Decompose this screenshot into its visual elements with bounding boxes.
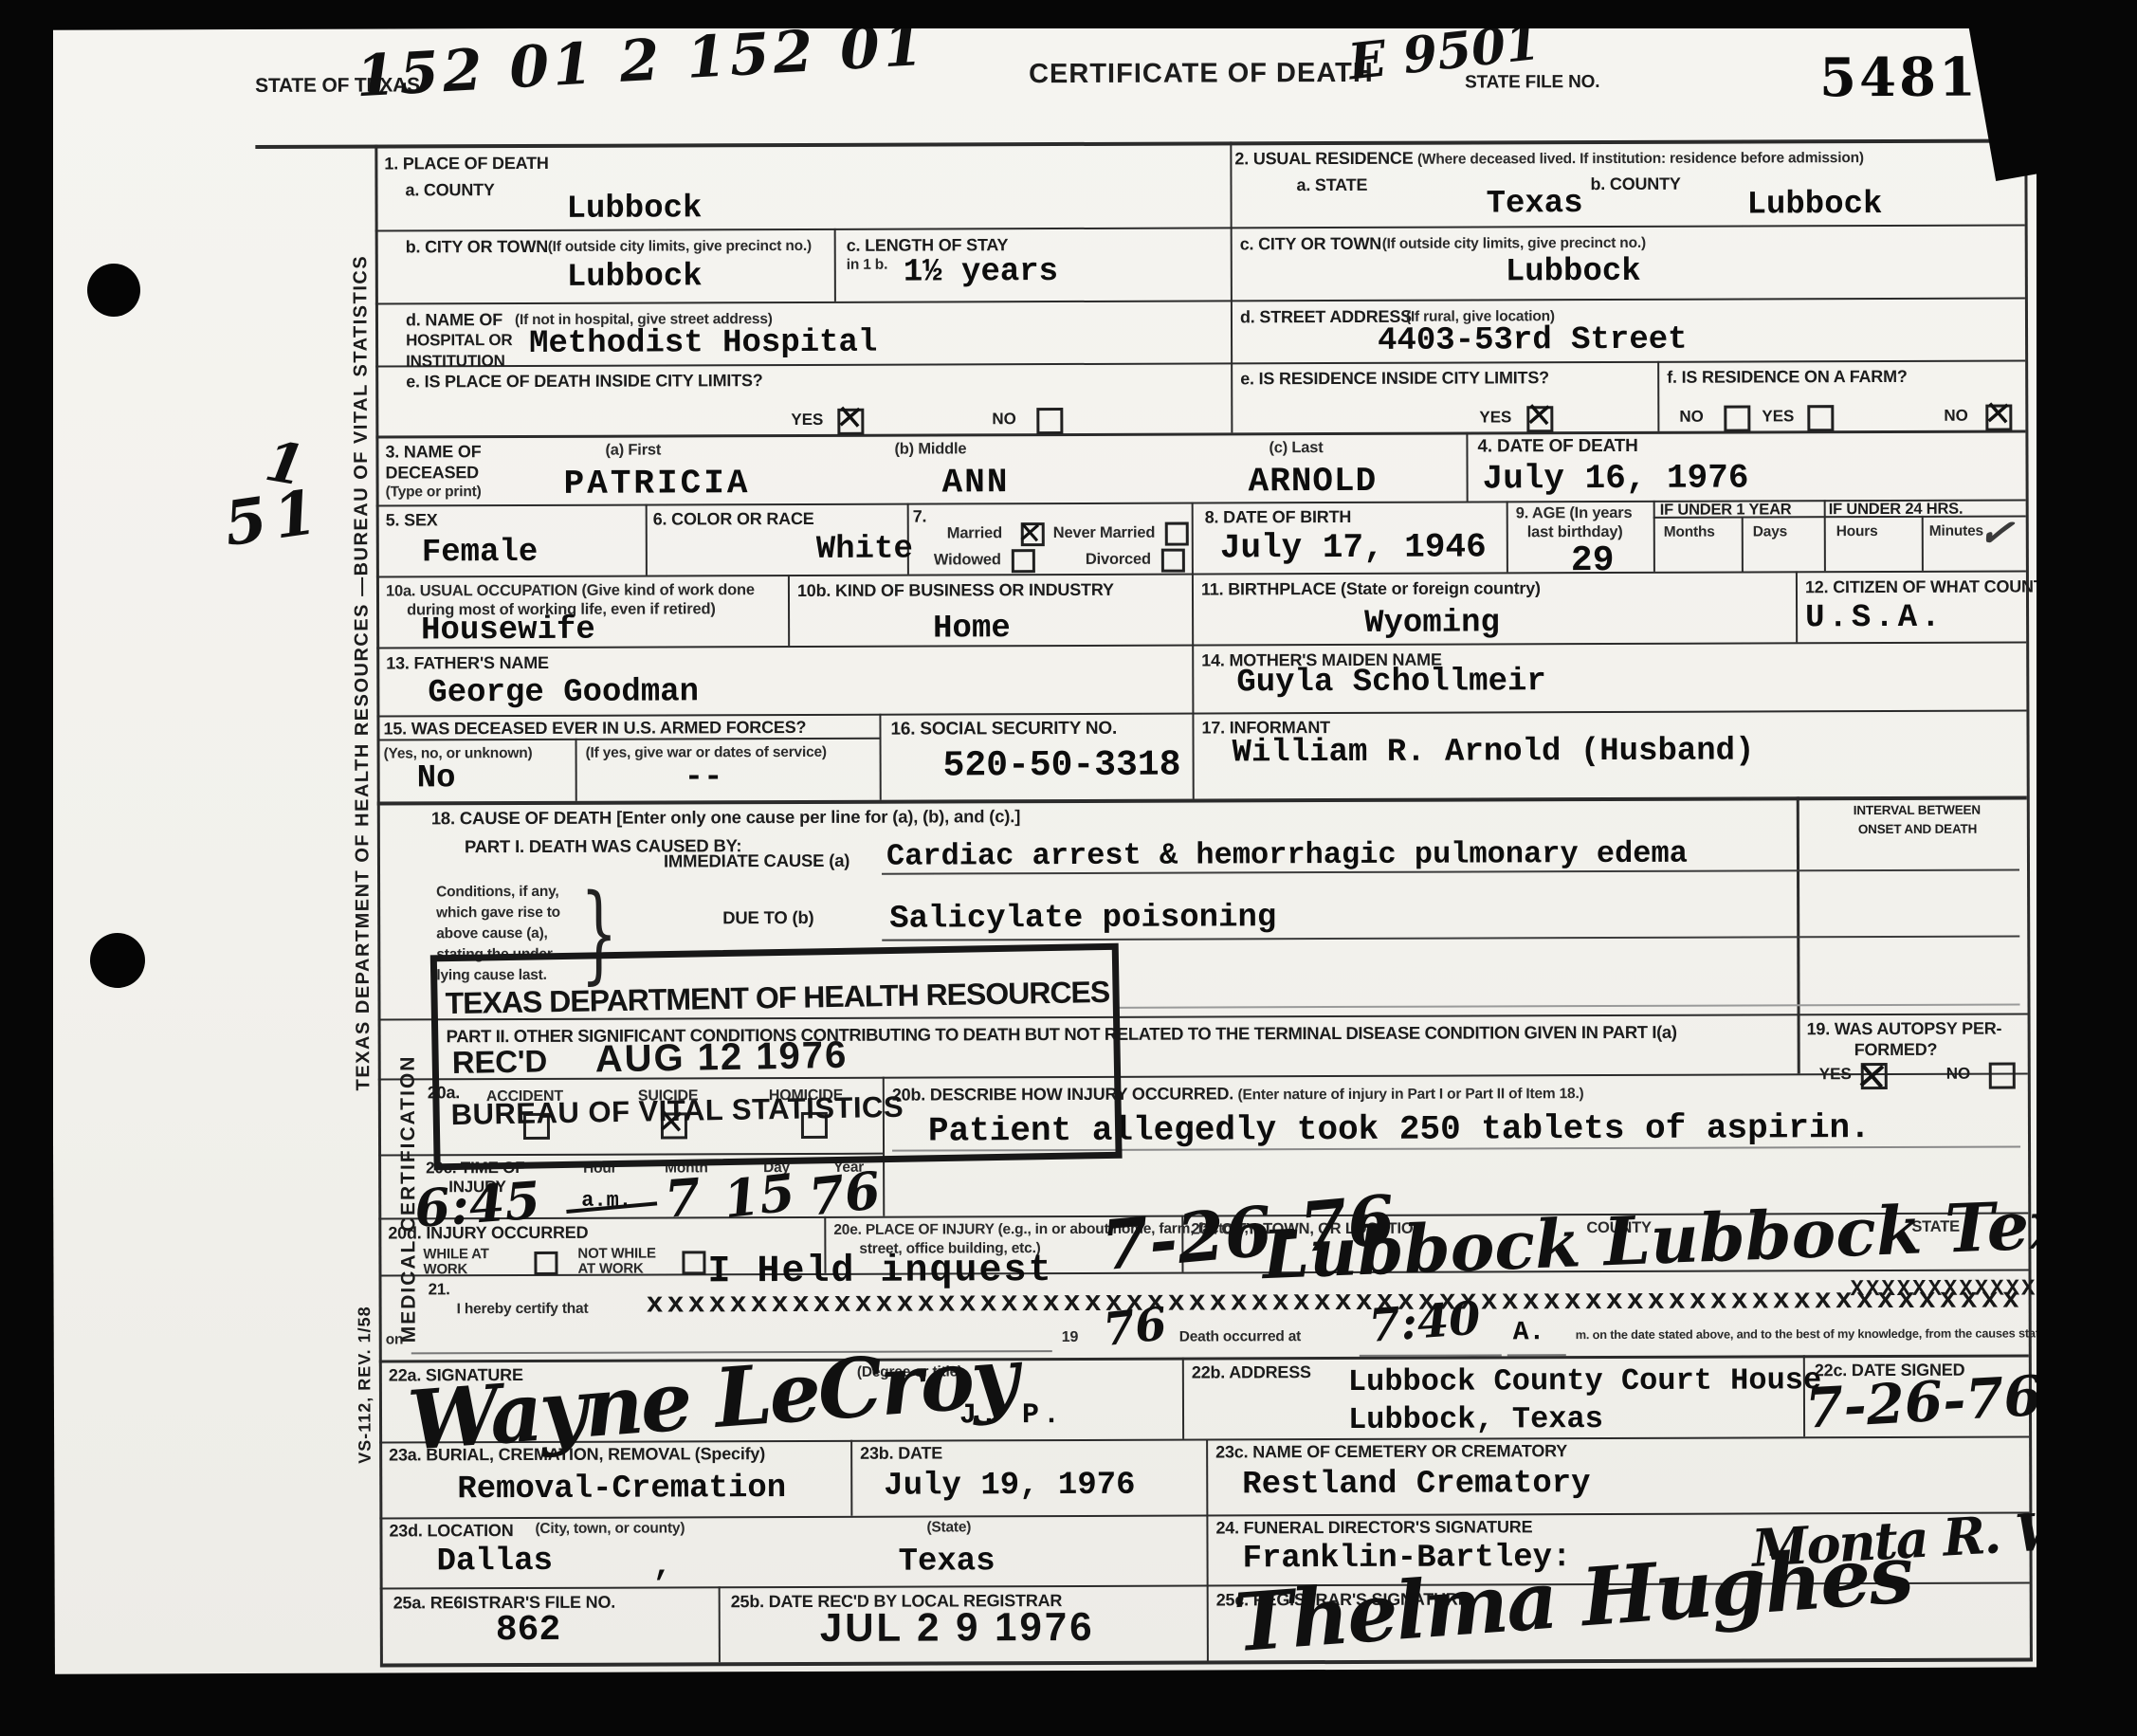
grid-line: [575, 739, 577, 801]
field-19-yes-label: YES: [1819, 1065, 1852, 1084]
field-2e-no-label: NO: [1679, 408, 1704, 427]
grid-line: [879, 714, 881, 800]
field-21-number: 21.: [429, 1280, 450, 1299]
field-2f-no-label: NO: [1944, 407, 1968, 426]
field-3-title3: (Type or print): [386, 484, 482, 501]
field-1e-yes-label: YES: [791, 411, 823, 429]
field-18-label: 18. CAUSE OF DEATH [Enter only one cause…: [431, 806, 1020, 829]
scan-edge-shadow: [0, 0, 2137, 28]
field-20c-day-value: 15: [721, 1161, 798, 1230]
field-5-label: 5. SEX: [386, 510, 438, 530]
field-25a-value: 862: [496, 1610, 561, 1651]
field-10a-label1: 10a. USUAL OCCUPATION (Give kind of work…: [386, 581, 755, 600]
field-9-under24-label: IF UNDER 24 HRS.: [1829, 501, 1963, 519]
field-9-minutes-label: Minutes: [1929, 523, 1983, 540]
interval-label1: INTERVAL BETWEEN: [1854, 803, 1981, 817]
field-2c-paren: (If outside city limits, give precinct n…: [1382, 235, 1646, 253]
field-23d-value: Dallas: [436, 1544, 553, 1580]
field-23c-value: Restland Crematory: [1242, 1466, 1590, 1503]
field-13-value: George Goodman: [428, 674, 699, 711]
field-2b-value: Lubbock: [1746, 187, 1882, 223]
field-1c-label: c. LENGTH OF STAY: [847, 235, 1009, 256]
field-2d-value: 4403-53rd Street: [1378, 322, 1688, 359]
field-18-immediate-label: IMMEDIATE CAUSE (a): [664, 850, 849, 872]
field-19-yes-xmark: ✕: [1854, 1052, 1890, 1101]
field-7-divorced-label: Divorced: [1086, 551, 1151, 569]
field-19-label1: 19. WAS AUTOPSY PER-: [1807, 1019, 2002, 1040]
field-15-label: 15. WAS DECEASED EVER IN U.S. ARMED FORC…: [383, 718, 806, 740]
grid-line: [1507, 501, 1508, 572]
field-17-value: William R. Arnold (Husband): [1233, 733, 1755, 771]
field-18-cond1: Conditions, if any,: [436, 884, 558, 901]
field-1b-paren: (If outside city limits, give precinct n…: [548, 238, 812, 256]
field-10b-value: Home: [933, 611, 1011, 647]
field-20d-notwhile-checkbox[interactable]: [682, 1251, 705, 1274]
field-25b-date-stamp: JUL 2 9 1976: [820, 1604, 1095, 1651]
field-2a-value: Texas: [1486, 186, 1582, 222]
field-22b-value2: Lubbock, Texas: [1348, 1401, 1603, 1437]
field-9-months-label: Months: [1664, 524, 1715, 541]
field-1a-value: Lubbock: [567, 191, 703, 227]
field-13-label: 13. FATHER'S NAME: [386, 653, 549, 674]
field-16-value: 520-50-3318: [943, 745, 1181, 787]
grid-line: [1657, 361, 1659, 431]
field-9-days-label: Days: [1753, 523, 1787, 540]
hole-punch: [87, 264, 140, 317]
field-2-title: 2. USUAL RESIDENCE: [1234, 149, 1413, 169]
field-20d-notwhile-label1: NOT WHILE: [577, 1246, 655, 1262]
scan-edge-shadow: [0, 0, 53, 1736]
scan-edge-shadow: [2037, 0, 2137, 1736]
field-7-married-label: Married: [947, 524, 1002, 542]
field-3-title2: DECEASED: [386, 463, 479, 483]
field-2a-label: a. STATE: [1296, 175, 1367, 195]
field-8-label: 8. DATE OF BIRTH: [1205, 507, 1352, 528]
field-7-widowed-label: Widowed: [934, 551, 1001, 569]
field-1d-value: Methodist Hospital: [529, 325, 877, 362]
field-2f-no-xmark: ✕: [1982, 394, 2014, 435]
field-6-value: White: [816, 532, 913, 568]
field-1b-value: Lubbock: [567, 259, 703, 295]
field-21-time-handwritten: 7:40: [1367, 1291, 1483, 1352]
field-15-sub1: (Yes, no, or unknown): [384, 745, 533, 763]
field-23d-paren: (City, town, or county): [535, 1520, 685, 1538]
field-3-last-label: (c) Last: [1269, 439, 1323, 457]
field-19-no-label: NO: [1946, 1065, 1971, 1084]
field-9-value: 29: [1571, 540, 1615, 581]
certificate-title: CERTIFICATE OF DEATH: [1029, 58, 1374, 90]
field-22c-date-handwritten: 7-26-76: [1803, 1363, 2043, 1441]
field-7-never-married-label: Never Married: [1053, 524, 1156, 542]
grid-line: [646, 504, 648, 576]
field-1e-label: e. IS PLACE OF DEATH INSIDE CITY LIMITS?: [406, 371, 762, 392]
field-9-hours-label: Hours: [1836, 523, 1878, 540]
field-3-middle-label: (b) Middle: [894, 440, 966, 458]
field-2e-label: e. IS RESIDENCE INSIDE CITY LIMITS?: [1240, 368, 1549, 389]
field-20d-while-label2: WORK: [423, 1261, 467, 1277]
field-2b-label: b. COUNTY: [1590, 174, 1680, 194]
field-2e-yes-label: YES: [1479, 408, 1511, 427]
field-18-dueb-label: DUE TO (b): [722, 907, 813, 928]
grid-line: [1922, 516, 1924, 571]
interval-label2: ONSET AND DEATH: [1858, 822, 1977, 836]
grid-line: [1742, 517, 1744, 572]
field-21-year-handwritten: 76: [1101, 1297, 1169, 1357]
field-20c-year-value: 76: [806, 1160, 884, 1228]
field-21-certify-label: I hereby certify that: [457, 1301, 589, 1318]
field-21-19-label: 19: [1062, 1329, 1078, 1346]
field-16-label: 16. SOCIAL SECURITY NO.: [890, 719, 1117, 740]
field-8-value: July 17, 1946: [1220, 527, 1487, 567]
field-18-dueb-value: Salicylate poisoning: [889, 900, 1276, 937]
field-22b-label: 22b. ADDRESS: [1192, 1362, 1311, 1382]
field-24-label: 24. FUNERAL DIRECTOR'S SIGNATURE: [1215, 1517, 1532, 1538]
field-15-value1: No: [417, 760, 456, 796]
field-1a-label: a. COUNTY: [405, 180, 494, 200]
field-19-no-checkbox[interactable]: [1989, 1063, 2016, 1089]
field-1-title: 1. PLACE OF DEATH: [384, 154, 548, 174]
field-2c-value: Lubbock: [1506, 254, 1641, 290]
grid-line: [1192, 503, 1194, 574]
field-11-label: 11. BIRTHPLACE (State or foreign country…: [1201, 578, 1541, 599]
field-20b-paren: (Enter nature of injury in Part I or Par…: [1238, 1086, 1584, 1103]
field-20c-time-value: 6:45: [412, 1169, 542, 1239]
field-15-value2: --: [685, 759, 723, 795]
field-2c-label: c. CITY OR TOWN: [1240, 234, 1381, 255]
field-23d-comma: ,: [653, 1548, 673, 1584]
document-scan: STATE OF TEXAS 152 01 2 152 01 CERTIFICA…: [0, 0, 2137, 1736]
grid-line: [788, 575, 790, 646]
field-7-widowed-checkbox[interactable]: [1012, 549, 1035, 573]
stamp-line1: TEXAS DEPARTMENT OF HEALTH RESOURCES: [445, 975, 1109, 1021]
scanned-death-certificate: STATE OF TEXAS 152 01 2 152 01 CERTIFICA…: [0, 0, 2137, 1736]
field-20d-notwhile-label2: AT WORK: [577, 1261, 643, 1277]
field-3-middle-value: ANN: [942, 463, 1010, 502]
field-9-label1: 9. AGE (In years: [1516, 504, 1633, 522]
stamp-date: AUG 12 1976: [594, 1034, 848, 1082]
field-22a-degree-value: J. P.: [959, 1399, 1064, 1432]
field-22b-value1: Lubbock County Court House: [1348, 1362, 1821, 1399]
field-14-value: Guyla Schollmeir: [1236, 664, 1546, 701]
field-23d-state-label: (State): [926, 1519, 971, 1536]
margin-handwritten-51: 51: [220, 476, 329, 560]
field-1d-label3: INSTITUTION: [406, 352, 505, 371]
stamp-recd-label: REC'D: [451, 1043, 547, 1081]
field-18-cond2: which gave rise to: [436, 905, 560, 922]
field-7-never-married-checkbox[interactable]: [1165, 522, 1189, 546]
grid-line: [1466, 432, 1468, 502]
field-1e-no-checkbox[interactable]: [1036, 408, 1063, 434]
grid-line: [1796, 571, 1798, 642]
strikeout-x-row2: XXXXXXXXXXXXXX: [1851, 1276, 2069, 1303]
margin-form-number-vertical-label: VS-112, REV. 1/58: [355, 1306, 375, 1464]
grid-line: [1182, 1358, 1184, 1439]
field-20e-typed-value: I Held inquest: [707, 1250, 1052, 1293]
field-7-divorced-checkbox[interactable]: [1161, 549, 1185, 573]
field-20d-while-label1: WHILE AT: [423, 1246, 488, 1262]
field-1e-no-label: NO: [992, 410, 1016, 429]
field-1d-label: d. NAME OF: [406, 310, 502, 330]
field-1e-yes-xmark: ✕: [834, 398, 866, 439]
scan-edge-shadow: [0, 1674, 2137, 1736]
field-10a-value: Housewife: [421, 612, 595, 649]
field-2-paren: (Where deceased lived. If institution: r…: [1417, 150, 1864, 168]
field-4-label: 4. DATE OF DEATH: [1477, 436, 1637, 458]
field-3-first-value: PATRICIA: [564, 464, 751, 503]
grid-line: [1824, 500, 1826, 571]
grid-line: [850, 1440, 852, 1516]
hole-punch: [90, 933, 145, 988]
field-23b-label: 23b. DATE: [860, 1443, 942, 1463]
field-9-under1yr-label: IF UNDER 1 YEAR: [1660, 501, 1792, 519]
field-10b-label: 10b. KIND OF BUSINESS OR INDUSTRY: [797, 580, 1114, 601]
field-23c-label: 23c. NAME OF CEMETERY OR CREMATORY: [1215, 1441, 1567, 1462]
field-2f-label: f. IS RESIDENCE ON A FARM?: [1667, 367, 1908, 388]
field-21-death-at-label: Death occurred at: [1179, 1328, 1301, 1345]
field-7-label: 7.: [913, 507, 927, 527]
field-2f-yes-label: YES: [1762, 407, 1794, 426]
field-23d-state-value: Texas: [898, 1544, 995, 1580]
field-2e-no-checkbox[interactable]: [1724, 405, 1750, 431]
field-23b-value: July 19, 1976: [884, 1468, 1135, 1505]
grid-line: [1192, 713, 1194, 799]
margin-department-vertical-label: TEXAS DEPARTMENT OF HEALTH RESOURCES —BU…: [350, 255, 374, 1091]
field-1d-label2: HOSPITAL OR: [406, 331, 512, 350]
field-1b-label: b. CITY OR TOWN: [406, 237, 548, 258]
received-stamp: TEXAS DEPARTMENT OF HEALTH RESOURCES REC…: [430, 943, 1123, 1171]
field-2f-yes-checkbox[interactable]: [1807, 405, 1834, 431]
field-5-value: Female: [422, 535, 539, 571]
margin-checkmark: ✓: [1975, 506, 2016, 559]
grid-line: [719, 1586, 721, 1662]
field-18-cond3: above cause (a),: [436, 925, 547, 942]
field-2e-yes-xmark: ✕: [1524, 395, 1555, 436]
field-1c-sub: in 1 b.: [847, 257, 887, 274]
field-20c-month-value: 7: [663, 1166, 703, 1230]
field-23a-value: Removal-Cremation: [457, 1471, 786, 1508]
field-21-rest-label: m. on the date stated above, and to the …: [1576, 1325, 2056, 1342]
field-18-immediate-value: Cardiac arrest & hemorrhagic pulmonary e…: [886, 836, 1688, 874]
field-1c-value: 1½ years: [904, 254, 1058, 291]
field-3-first-label: (a) First: [605, 441, 661, 459]
field-7-married-xmark: ✕: [1016, 514, 1044, 552]
field-23d-label: 23d. LOCATION: [389, 1521, 513, 1541]
field-12-value: U.S.A.: [1805, 600, 1945, 637]
field-20d-while-checkbox[interactable]: [534, 1252, 557, 1275]
grid-line: [1653, 501, 1655, 572]
stamp-line3: BUREAU OF VITAL STATISTICS: [450, 1090, 904, 1132]
field-3-last-value: ARNOLD: [1249, 462, 1378, 501]
field-11-value: Wyoming: [1364, 605, 1500, 641]
field-4-value: July 16, 1976: [1482, 458, 1748, 498]
field-6-label: 6. COLOR OR RACE: [653, 509, 814, 530]
grid-line: [834, 228, 836, 302]
field-21-am-typed: A.: [1513, 1318, 1545, 1347]
field-9-label2: last birthday): [1527, 523, 1623, 541]
field-2-title-row: 2. USUAL RESIDENCE (Where deceased lived…: [1234, 147, 1863, 169]
field-3-title1: 3. NAME OF: [385, 442, 481, 462]
